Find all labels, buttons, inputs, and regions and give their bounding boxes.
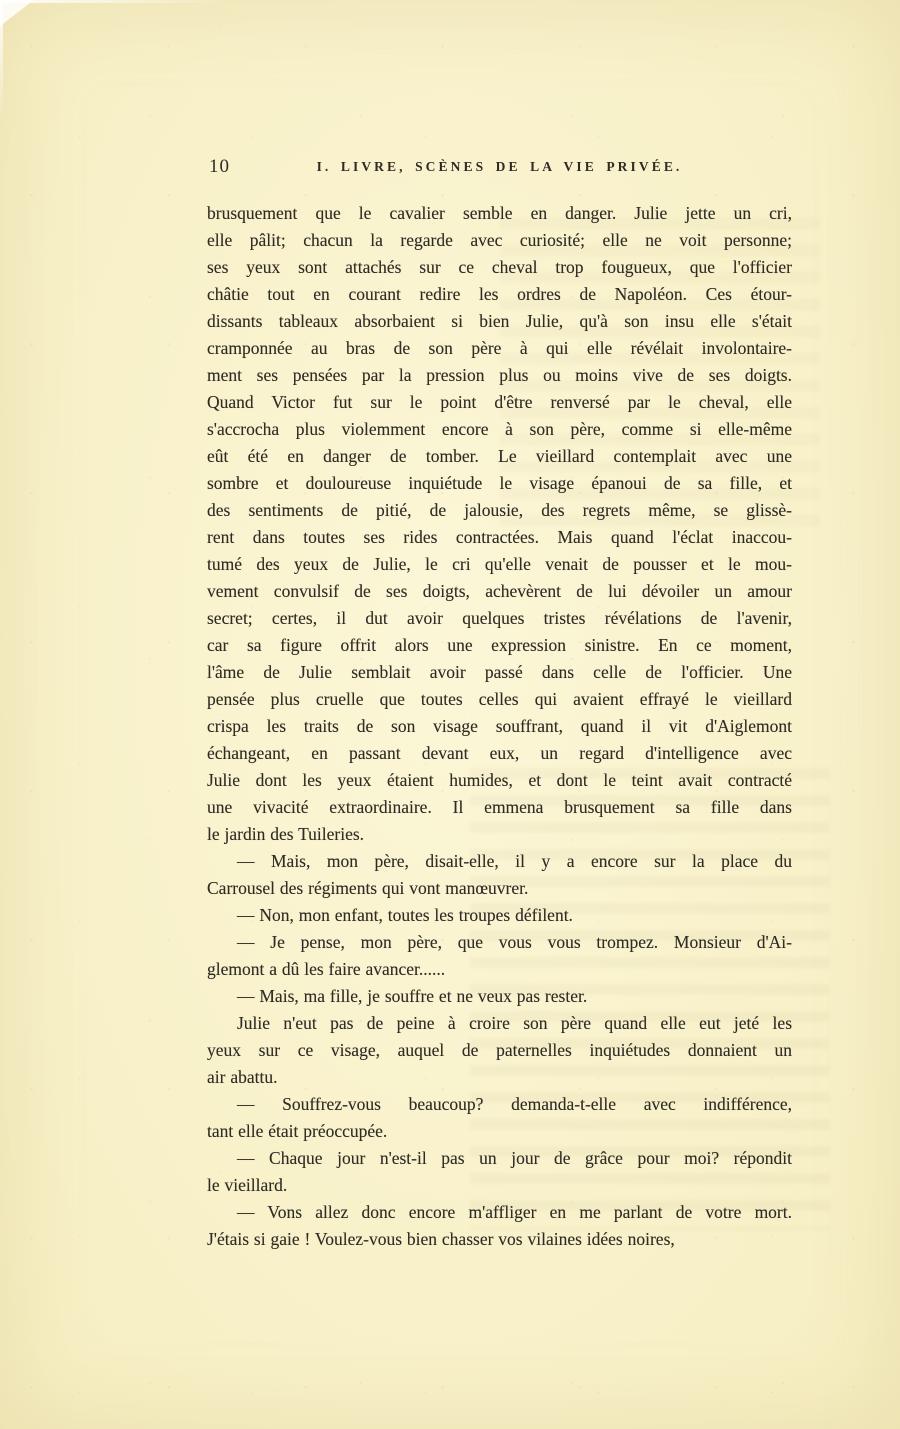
text-line: des sentiments de pitié, de jalousie, de… xyxy=(207,497,792,524)
text-line: l'âme de Julie semblait avoir passé dans… xyxy=(207,659,792,686)
scan-corner-artifact xyxy=(0,0,34,26)
text-line: ment ses pensées par la pression plus ou… xyxy=(207,362,792,389)
text-line: eût été en danger de tomber. Le vieillar… xyxy=(207,443,792,470)
text-line: elle pâlit; chacun la regarde avec curio… xyxy=(207,227,792,254)
text-line: — Je pense, mon père, que vous vous trom… xyxy=(207,929,792,956)
text-line: yeux sur ce visage, auquel de paternelle… xyxy=(207,1037,792,1064)
text-line: brusquement que le cavalier semble en da… xyxy=(207,200,792,227)
text-line: — Vons allez donc encore m'affliger en m… xyxy=(207,1199,792,1226)
page-content: 10 I. LIVRE, SCÈNES DE LA VIE PRIVÉE. br… xyxy=(207,156,792,1253)
text-line: le vieillard. xyxy=(207,1172,792,1199)
running-header: I. LIVRE, SCÈNES DE LA VIE PRIVÉE. xyxy=(207,159,792,175)
text-line: pensée plus cruelle que toutes celles qu… xyxy=(207,686,792,713)
text-line: Julie dont les yeux étaient humides, et … xyxy=(207,767,792,794)
text-line: Julie n'eut pas de peine à croire son pè… xyxy=(207,1010,792,1037)
text-line: glemont a dû les faire avancer...... xyxy=(207,956,792,983)
text-line: — Non, mon enfant, toutes les troupes dé… xyxy=(207,902,792,929)
text-line: — Mais, ma fille, je souffre et ne veux … xyxy=(207,983,792,1010)
text-line: une vivacité extraordinaire. Il emmena b… xyxy=(207,794,792,821)
text-line: — Mais, mon père, disait-elle, il y a en… xyxy=(207,848,792,875)
text-line: vement convulsif de ses doigts, achevère… xyxy=(207,578,792,605)
text-line: dissants tableaux absorbaient si bien Ju… xyxy=(207,308,792,335)
text-line: car sa figure offrit alors une expressio… xyxy=(207,632,792,659)
text-block: brusquement que le cavalier semble en da… xyxy=(207,200,792,1253)
text-line: échangeant, en passant devant eux, un re… xyxy=(207,740,792,767)
scan-edge-left xyxy=(0,0,3,120)
text-line: sombre et douloureuse inquiétude le visa… xyxy=(207,470,792,497)
text-line: — Chaque jour n'est-il pas un jour de gr… xyxy=(207,1145,792,1172)
text-line: le jardin des Tuileries. xyxy=(207,821,792,848)
text-line: tumé des yeux de Julie, le cri qu'elle v… xyxy=(207,551,792,578)
text-line: secret; certes, il dut avoir quelques tr… xyxy=(207,605,792,632)
book-page-scan: 10 I. LIVRE, SCÈNES DE LA VIE PRIVÉE. br… xyxy=(0,0,900,1429)
text-line: rent dans toutes ses rides contractées. … xyxy=(207,524,792,551)
text-line: — Souffrez-vous beaucoup? demanda-t-elle… xyxy=(207,1091,792,1118)
text-line: tant elle était préoccupée. xyxy=(207,1118,792,1145)
text-line: cramponnée au bras de son père à qui ell… xyxy=(207,335,792,362)
text-line: Quand Victor fut sur le point d'être ren… xyxy=(207,389,792,416)
text-line: J'étais si gaie ! Voulez-vous bien chass… xyxy=(207,1226,792,1253)
text-line: crispa les traits de son visage souffran… xyxy=(207,713,792,740)
text-line: Carrousel des régiments qui vont manœuvr… xyxy=(207,875,792,902)
text-line: ses yeux sont attachés sur ce cheval tro… xyxy=(207,254,792,281)
scan-edge-top xyxy=(0,0,230,3)
text-line: s'accrocha plus violemment encore à son … xyxy=(207,416,792,443)
text-line: châtie tout en courant redire les ordres… xyxy=(207,281,792,308)
text-line: air abattu. xyxy=(207,1064,792,1091)
page-header: 10 I. LIVRE, SCÈNES DE LA VIE PRIVÉE. xyxy=(207,156,792,178)
